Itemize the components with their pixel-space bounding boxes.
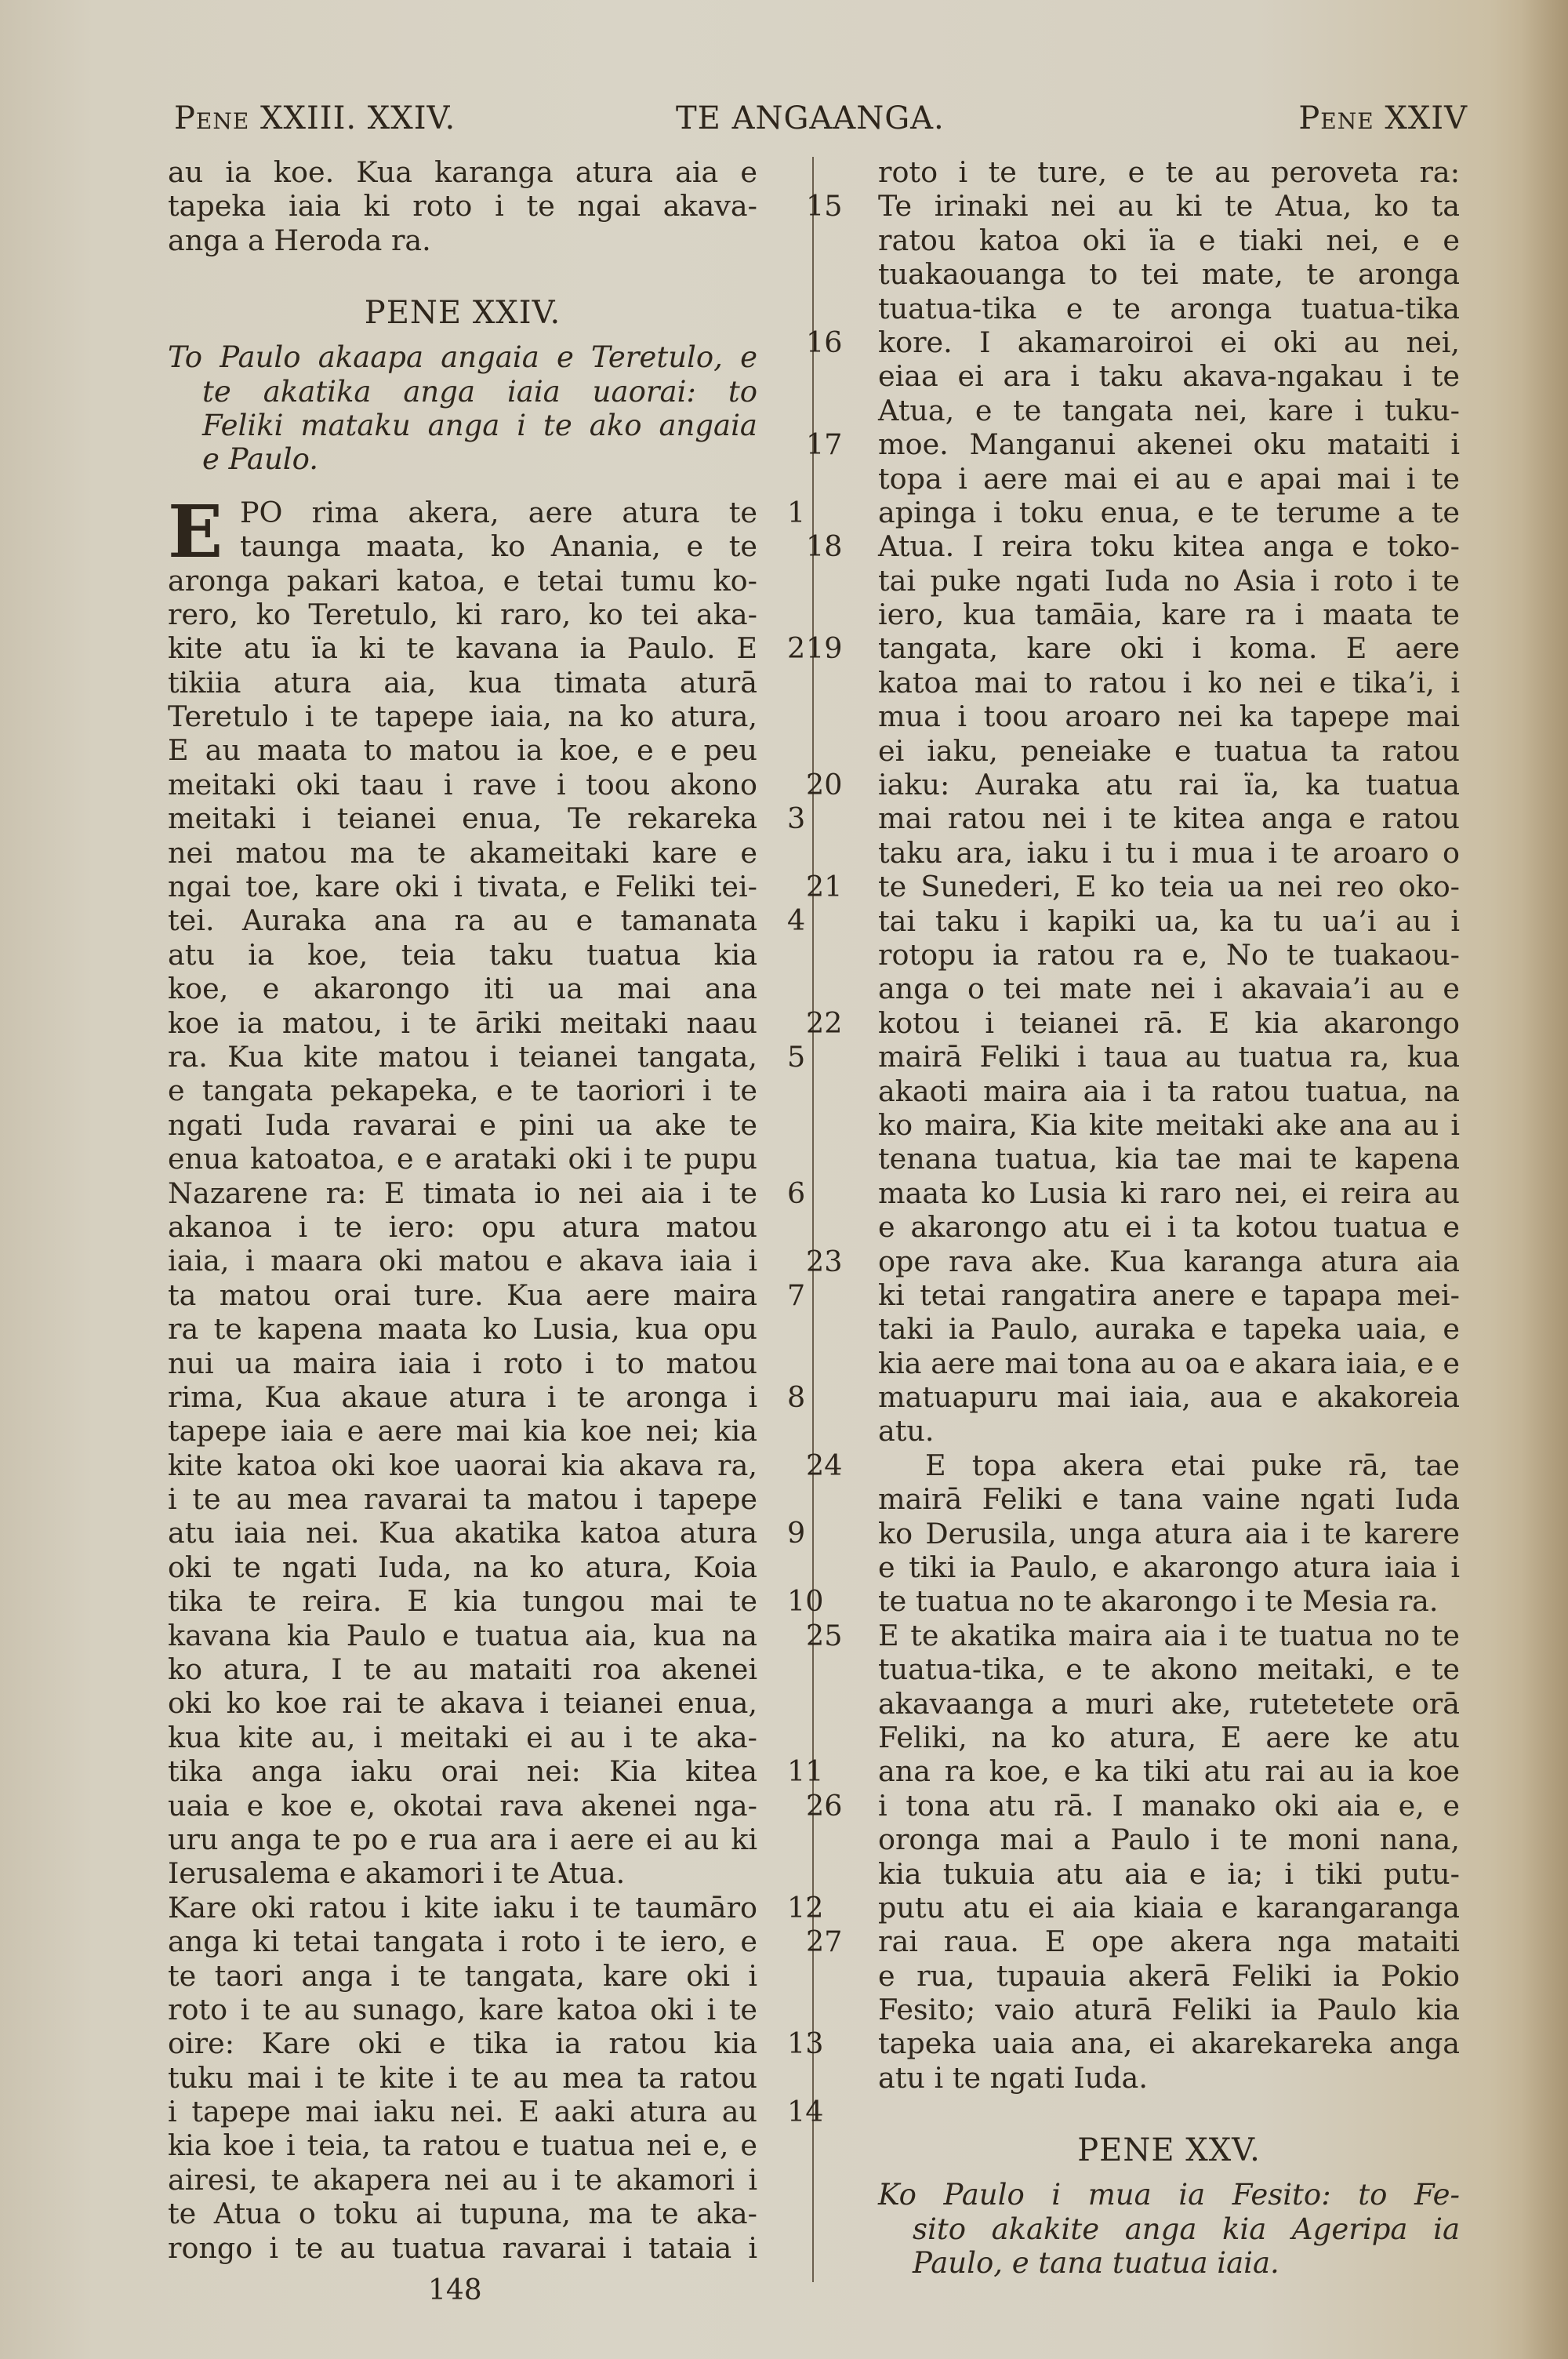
verse-number: 19 — [806, 631, 869, 665]
text-line: Te irinaki nei au ki te Atua, ko ta15 — [878, 189, 1460, 223]
line-text: i te au mea ravarai ta matou i tapepe — [168, 1482, 757, 1516]
running-head: Pene XXIII. XXIV. TE ANGAANGA. Pene XXIV — [174, 100, 1468, 147]
line-text: tapeka uaia ana, ei akarekareka anga — [878, 2026, 1460, 2060]
verse-number: 10 — [787, 1584, 823, 1618]
line-text: Te irinaki nei au ki te Atua, ko ta — [878, 189, 1460, 223]
line-text: mua i toou aroaro nei ka tapepe mai — [878, 700, 1460, 733]
line-text: uaia e koe e, okotai rava akenei nga- — [168, 1789, 757, 1823]
text-line: mairā Feliki i taua au tuatua ra, kua — [878, 1040, 1460, 1074]
text-line: te Sunederi, E ko teia ua nei reo oko-21 — [878, 870, 1460, 903]
text-line: ope rava ake. Kua karanga atura aia23 — [878, 1245, 1460, 1278]
line-text: mairā Feliki i taua au tuatua ra, kua — [878, 1040, 1460, 1074]
text-line: i te au mea ravarai ta matou i tapepe — [168, 1482, 757, 1516]
text-line: te tuatua no te akarongo i te Mesia ra. — [878, 1584, 1460, 1618]
line-text: atu. — [878, 1414, 935, 1448]
line-text: rero, ko Teretulo, ki raro, ko tei aka- — [168, 598, 757, 631]
book-page: Pene XXIII. XXIV. TE ANGAANGA. Pene XXIV… — [0, 0, 1568, 2359]
summary-line: sito akakite anga kia Ageripa ia — [878, 2212, 1460, 2246]
text-line: matuapuru mai iaia, aua e akakoreia — [878, 1380, 1460, 1414]
summary-line: e Paulo. — [168, 442, 757, 476]
verse-number: 13 — [787, 2026, 823, 2060]
line-text: ra. Kua kite matou i teianei tangata, — [168, 1040, 757, 1074]
text-line: Feliki, na ko atura, E aere ke atu — [878, 1721, 1460, 1754]
line-text: tuatua-tika e te aronga tuatua-tika — [878, 292, 1460, 325]
text-line: e tiki ia Paulo, e akarongo atura iaia i — [878, 1550, 1460, 1584]
text-line: akaoti maira aia i ta ratou tuatua, na — [878, 1074, 1460, 1108]
line-text: moe. Manganui akenei oku mataiti i — [878, 427, 1460, 461]
text-line: atu. — [878, 1414, 1460, 1448]
line-text: ngati Iuda ravarai e pini ua ake te — [168, 1108, 757, 1142]
line-text: uru anga te po e rua ara i aere ei au ki — [168, 1823, 757, 1856]
line-text: Ierusalema e akamori i te Atua. — [168, 1856, 625, 1890]
text-line: anga a Heroda ra. — [168, 224, 757, 257]
text-line: mai ratou nei i te kitea anga e ratou — [878, 801, 1460, 835]
line-text: E au maata to matou ia koe, e e peu — [168, 733, 757, 767]
text-line: oki te ngati Iuda, na ko atura, Koia — [168, 1550, 757, 1584]
text-line: akanoa i te iero: opu atura matou — [168, 1210, 757, 1244]
line-text: atu ia koe, teia taku tuatua kia — [168, 938, 757, 972]
text-line: nei matou ma te akameitaki kare e — [168, 836, 757, 870]
line-text: tai puke ngati Iuda no Asia i roto i te — [878, 564, 1460, 598]
verse-number: 14 — [787, 2095, 823, 2128]
verse-number: 3 — [787, 801, 805, 835]
line-text: taki ia Paulo, auraka e tapeka uaia, e — [878, 1312, 1460, 1346]
line-text: atu i te ngati Iuda. — [878, 2061, 1148, 2095]
text-line: au ia koe. Kua karanga atura aia e — [168, 155, 757, 189]
verse-number: 18 — [806, 529, 869, 563]
line-text: ko atura, I te au mataiti roa akenei — [168, 1652, 757, 1686]
line-text: tapepe iaia e aere mai kia koe nei; kia — [168, 1414, 757, 1448]
line-text: roto i te ture, e te au peroveta ra: — [878, 155, 1460, 189]
text-line: atu i te ngati Iuda. — [878, 2061, 1460, 2095]
verse-number: 22 — [806, 1006, 869, 1040]
text-line: i tona atu rā. I manako oki aia e, e26 — [878, 1789, 1460, 1823]
line-text: Teretulo i te tapepe iaia, na ko atura, — [168, 700, 757, 733]
right-column: roto i te ture, e te au peroveta ra:Te i… — [878, 155, 1460, 2280]
text-line: kia koe i teia, ta ratou e tuatua nei e,… — [168, 2128, 757, 2162]
verse-number: 20 — [806, 768, 869, 801]
text-line: tei. Auraka ana ra au e tamanata4 — [168, 903, 757, 937]
line-text: tapeka iaia ki roto i te ngai akava- — [168, 189, 757, 223]
line-text: e tiki ia Paulo, e akarongo atura iaia i — [878, 1550, 1460, 1584]
text-line: Kare oki ratou i kite iaku i te taumāro1… — [168, 1891, 757, 1925]
line-text: roto i te au sunago, kare katoa oki i te — [168, 1993, 757, 2026]
verse-number: 15 — [806, 189, 869, 223]
line-text: nui ua maira iaia i roto i to matou — [168, 1347, 757, 1380]
text-line: apinga i toku enua, e te terume a te — [878, 496, 1460, 529]
text-line: te taori anga i te tangata, kare oki i — [168, 1959, 757, 1993]
line-text: meitaki oki taau i rave i toou akono — [168, 768, 757, 801]
text-line: putu atu ei aia kiaia e karangaranga — [878, 1891, 1460, 1925]
text-line: roto i te ture, e te au peroveta ra: — [878, 155, 1460, 189]
verse-number: 11 — [787, 1754, 823, 1788]
spacer — [168, 477, 757, 496]
line-text: putu atu ei aia kiaia e karangaranga — [878, 1891, 1460, 1925]
text-line: E topa akera etai puke rā, tae24 — [878, 1448, 1460, 1482]
line-text: maata ko Lusia ki raro nei, ei reira au — [878, 1176, 1460, 1210]
line-text: iaia, i maara oki matou e akava iaia i — [168, 1244, 757, 1278]
running-head-right: Pene XXIV — [1298, 100, 1468, 136]
text-line: tapeka uaia ana, ei akarekareka anga — [878, 2026, 1460, 2060]
line-text: kia koe i teia, ta ratou e tuatua nei e,… — [168, 2128, 757, 2162]
line-text: kite katoa oki koe uaorai kia akava ra, — [168, 1448, 757, 1482]
line-text: rongo i te au tuatua ravarai i tataia i — [168, 2231, 757, 2265]
line-text: tikiia atura aia, kua timata aturā — [168, 666, 757, 700]
line-text: tangata, kare oki i koma. E aere — [878, 631, 1460, 665]
line-text: e akarongo atu ei i ta kotou tuatua e — [878, 1210, 1460, 1244]
text-line: kore. I akamaroiroi ei oki au nei,16 — [878, 325, 1460, 359]
line-text: mai ratou nei i te kitea anga e ratou — [878, 801, 1460, 835]
text-line: tuatua-tika, e te akono meitaki, e te — [878, 1652, 1460, 1686]
line-text: akavaanga a muri ake, rutetetete orā — [878, 1687, 1460, 1721]
text-line: meitaki i teianei enua, Te rekareka3 — [168, 801, 757, 835]
text-line: tuku mai i te kite i te au mea ta ratou — [168, 2061, 757, 2095]
verse-number: 8 — [787, 1380, 805, 1414]
text-line: taunga maata, ko Anania, e te — [168, 529, 757, 563]
summary-line: To Paulo akaapa angaia e Teretulo, e — [168, 340, 757, 374]
line-text: atu iaia nei. Kua akatika katoa atura — [168, 1516, 757, 1550]
text-line: tai puke ngati Iuda no Asia i roto i te — [878, 564, 1460, 598]
line-text: rotopu ia ratou ra e, No te tuakaou- — [878, 938, 1460, 972]
line-text: tuakaouanga to tei mate, te aronga — [878, 257, 1460, 291]
text-line: e akarongo atu ei i ta kotou tuatua e — [878, 1210, 1460, 1244]
line-text: akaoti maira aia i ta ratou tuatua, na — [878, 1074, 1460, 1108]
line-text: kotou i teianei rā. E kia akarongo — [878, 1006, 1460, 1040]
chapter-heading: PENE XXV. — [878, 2123, 1460, 2178]
line-text: rima, Kua akaue atura i te aronga i — [168, 1380, 757, 1414]
line-text: E te akatika maira aia i te tuatua no te — [878, 1619, 1460, 1652]
text-line: eiaa ei ara i taku akava-ngakau i te — [878, 359, 1460, 393]
line-text: eiaa ei ara i taku akava-ngakau i te — [878, 359, 1460, 393]
text-line: tika anga iaku orai nei: Kia kitea11 — [168, 1754, 757, 1788]
summary-line: Ko Paulo i mua ia Fesito: to Fe- — [878, 2178, 1460, 2212]
line-text: kite atu ïa ki te kavana ia Paulo. E — [168, 631, 757, 665]
line-text: Atua, e te tangata nei, kare i tuku- — [878, 394, 1460, 427]
line-text: nei matou ma te akameitaki kare e — [168, 836, 757, 870]
line-text: anga a Heroda ra. — [168, 224, 431, 257]
text-line: ei iaku, peneiake e tuatua ta ratou — [878, 734, 1460, 768]
line-text: oire: Kare oki e tika ia ratou kia — [168, 2026, 757, 2060]
verse-number: 24 — [806, 1448, 869, 1482]
line-text: Nazarene ra: E timata io nei aia i te — [168, 1176, 757, 1210]
page-number: 148 — [428, 2274, 482, 2306]
text-line: rero, ko Teretulo, ki raro, ko tei aka- — [168, 598, 757, 631]
line-text: Feliki, na ko atura, E aere ke atu — [878, 1721, 1460, 1754]
text-line: Teretulo i te tapepe iaia, na ko atura, — [168, 700, 757, 733]
text-line: ko Derusila, unga atura aia i te karere — [878, 1517, 1460, 1550]
text-line: Nazarene ra: E timata io nei aia i te6 — [168, 1176, 757, 1210]
text-line: airesi, te akapera nei au i te akamori i — [168, 2163, 757, 2197]
line-text: i tona atu rā. I manako oki aia e, e — [878, 1789, 1460, 1823]
text-line: tuakaouanga to tei mate, te aronga — [878, 257, 1460, 291]
text-line: kua kite au, i meitaki ei au i te aka- — [168, 1721, 757, 1754]
line-text: iero, kua tamāia, kare ra i maata te — [878, 598, 1460, 631]
text-line: rai raua. E ope akera nga mataiti27 — [878, 1925, 1460, 1958]
text-line: iaku: Auraka atu rai ïa, ka tuatua20 — [878, 768, 1460, 801]
text-line: topa i aere mai ei au e apai mai i te — [878, 462, 1460, 496]
line-text: koe ia matou, i te āriki meitaki naau — [168, 1006, 757, 1040]
text-line: Atua, e te tangata nei, kare i tuku- — [878, 394, 1460, 427]
text-line: atu iaia nei. Kua akatika katoa atura9 — [168, 1516, 757, 1550]
line-text: Fesito; vaio aturā Feliki ia Paulo kia — [878, 1993, 1460, 2026]
line-text: e rua, tupauia akerā Feliki ia Pokio — [878, 1959, 1460, 1993]
running-head-title: TE ANGAANGA. — [676, 100, 945, 136]
line-text: E topa akera etai puke rā, tae — [925, 1448, 1460, 1482]
text-line: kia tukuia atu aia e ia; i tiki putu- — [878, 1857, 1460, 1891]
text-line: ta matou orai ture. Kua aere maira7 — [168, 1278, 757, 1312]
line-text: e tangata pekapeka, e te taoriori i te — [168, 1074, 757, 1107]
line-text: ko Derusila, unga atura aia i te karere — [878, 1517, 1460, 1550]
line-text: ei iaku, peneiake e tuatua ta ratou — [878, 734, 1460, 768]
text-line: akavaanga a muri ake, rutetetete orā — [878, 1687, 1460, 1721]
text-line: i tapepe mai iaku nei. E aaki atura au14 — [168, 2095, 757, 2128]
text-line: enua katoatoa, e e arataki oki i te pupu — [168, 1142, 757, 1176]
text-line: koe, e akarongo iti ua mai ana — [168, 972, 757, 1005]
line-text: ki tetai rangatira anere e tapapa mei- — [878, 1278, 1460, 1312]
text-line: nui ua maira iaia i roto i to matou — [168, 1347, 757, 1380]
line-text: akanoa i te iero: opu atura matou — [168, 1210, 757, 1244]
text-line: ra. Kua kite matou i teianei tangata,5 — [168, 1040, 757, 1074]
line-text: ratou katoa oki ïa e tiaki nei, e e — [878, 224, 1460, 257]
line-text: apinga i toku enua, e te terume a te — [878, 496, 1460, 529]
text-line: ngai toe, kare oki i tivata, e Feliki te… — [168, 870, 757, 903]
left-column: au ia koe. Kua karanga atura aia etapeka… — [168, 155, 757, 2265]
text-line: te Atua o toku ai tupuna, ma te aka- — [168, 2197, 757, 2230]
line-text: iaku: Auraka atu rai ïa, ka tuatua — [878, 768, 1460, 801]
line-text: kavana kia Paulo e tuatua aia, kua na — [168, 1619, 757, 1652]
text-line: koe ia matou, i te āriki meitaki naau — [168, 1006, 757, 1040]
verse-number: 27 — [806, 1925, 869, 1958]
line-text: aronga pakari katoa, e tetai tumu ko- — [168, 564, 757, 598]
line-text: oronga mai a Paulo i te moni nana, — [878, 1823, 1460, 1856]
text-line: anga o tei mate nei i akavaia’i au e — [878, 972, 1460, 1005]
text-line: ko atura, I te au mataiti roa akenei — [168, 1652, 757, 1686]
verse-number: 16 — [806, 325, 869, 359]
text-line: Atua. I reira toku kitea anga e toko-18 — [878, 529, 1460, 563]
line-text: i tapepe mai iaku nei. E aaki atura au — [168, 2095, 757, 2128]
verse-number: 21 — [806, 870, 869, 903]
summary-line: Feliki mataku anga i te ako angaia — [168, 409, 757, 442]
text-line: ra te kapena maata ko Lusia, kua opu — [168, 1312, 757, 1346]
text-line: tenana tuatua, kia tae mai te kapena — [878, 1142, 1460, 1176]
text-line: anga ki tetai tangata i roto i te iero, … — [168, 1925, 757, 1958]
text-line: tai taku i kapiki ua, ka tu ua’i au i — [878, 904, 1460, 938]
text-line: roto i te au sunago, kare katoa oki i te — [168, 1993, 757, 2026]
line-text: taku ara, iaku i tu i mua i te aroaro o — [878, 836, 1460, 870]
line-text: tuatua-tika, e te akono meitaki, e te — [878, 1652, 1460, 1686]
verse-number: 25 — [806, 1619, 869, 1652]
text-line: ki tetai rangatira anere e tapapa mei- — [878, 1278, 1460, 1312]
text-line: ana ra koe, e ka tiki atu rai au ia koe — [878, 1754, 1460, 1788]
verse-number: 26 — [806, 1789, 869, 1823]
text-line: moe. Manganui akenei oku mataiti i17 — [878, 427, 1460, 461]
line-text: tika anga iaku orai nei: Kia kitea — [168, 1754, 757, 1788]
text-line: kotou i teianei rā. E kia akarongo22 — [878, 1006, 1460, 1040]
line-text: tai taku i kapiki ua, ka tu ua’i au i — [878, 904, 1460, 938]
verse-number: 17 — [806, 427, 869, 461]
text-line: oki ko koe rai te akava i teianei enua, — [168, 1686, 757, 1720]
line-text: tei. Auraka ana ra au e tamanata — [168, 903, 757, 937]
column-divider — [812, 157, 814, 2282]
line-text: tuku mai i te kite i te au mea ta ratou — [168, 2061, 757, 2095]
text-line: oronga mai a Paulo i te moni nana, — [878, 1823, 1460, 1856]
line-text: topa i aere mai ei au e apai mai i te — [878, 462, 1460, 496]
text-line: tapepe iaia e aere mai kia koe nei; kia — [168, 1414, 757, 1448]
line-text: te tuatua no te akarongo i te Mesia ra. — [878, 1584, 1439, 1618]
line-text: Kare oki ratou i kite iaku i te taumāro — [168, 1891, 757, 1925]
page-edge-shadow — [1521, 0, 1568, 2359]
text-line: ngati Iuda ravarai e pini ua ake te — [168, 1108, 757, 1142]
line-text: PO rima akera, aere atura te — [240, 496, 757, 529]
line-text: te Atua o toku ai tupuna, ma te aka- — [168, 2197, 757, 2230]
verse-number: 23 — [806, 1245, 869, 1278]
text-line: katoa mai to ratou i ko nei e tika’i, i — [878, 666, 1460, 700]
line-text: kua kite au, i meitaki ei au i te aka- — [168, 1721, 757, 1754]
verse-number: 12 — [787, 1891, 823, 1925]
line-text: anga o tei mate nei i akavaia’i au e — [878, 972, 1460, 1005]
line-text: kore. I akamaroiroi ei oki au nei, — [878, 325, 1460, 359]
text-line: tuatua-tika e te aronga tuatua-tika — [878, 292, 1460, 325]
line-text: oki ko koe rai te akava i teianei enua, — [168, 1686, 757, 1720]
text-line: ratou katoa oki ïa e tiaki nei, e e — [878, 224, 1460, 257]
line-text: mairā Feliki e tana vaine ngati Iuda — [878, 1482, 1460, 1516]
line-text: rai raua. E ope akera nga mataiti — [878, 1925, 1460, 1958]
spacer — [168, 257, 757, 276]
line-text: ko maira, Kia kite meitaki ake ana au i — [878, 1108, 1460, 1142]
text-line: kite atu ïa ki te kavana ia Paulo. E2 — [168, 631, 757, 665]
text-line: e rua, tupauia akerā Feliki ia Pokio — [878, 1959, 1460, 1993]
chapter-summary: To Paulo akaapa angaia e Teretulo, ete a… — [168, 340, 757, 477]
text-line: uaia e koe e, okotai rava akenei nga- — [168, 1789, 757, 1823]
line-text: kia tukuia atu aia e ia; i tiki putu- — [878, 1857, 1460, 1891]
verse-number: 2 — [787, 631, 805, 665]
text-line: mua i toou aroaro nei ka tapepe mai — [878, 700, 1460, 733]
text-line: ko maira, Kia kite meitaki ake ana au i — [878, 1108, 1460, 1142]
text-line: iaia, i maara oki matou e akava iaia i — [168, 1244, 757, 1278]
verse-number: 1 — [787, 496, 805, 529]
text-line: E te akatika maira aia i te tuatua no te… — [878, 1619, 1460, 1652]
text-line: e tangata pekapeka, e te taoriori i te — [168, 1074, 757, 1107]
line-text: ngai toe, kare oki i tivata, e Feliki te… — [168, 870, 757, 903]
text-line: Ierusalema e akamori i te Atua. — [168, 1856, 757, 1890]
text-line: kia aere mai tona au oa e akara iaia, e … — [878, 1347, 1460, 1380]
line-text: tika te reira. E kia tungou mai te — [168, 1584, 757, 1618]
text-line: oire: Kare oki e tika ia ratou kia13 — [168, 2026, 757, 2060]
text-line: tangata, kare oki i koma. E aere19 — [878, 631, 1460, 665]
line-text: ope rava ake. Kua karanga atura aia — [878, 1245, 1460, 1278]
text-line: maata ko Lusia ki raro nei, ei reira au — [878, 1176, 1460, 1210]
spacer — [878, 2095, 1460, 2114]
summary-line: Paulo, e tana tuatua iaia. — [878, 2246, 1460, 2280]
text-line: kavana kia Paulo e tuatua aia, kua na — [168, 1619, 757, 1652]
text-line: mairā Feliki e tana vaine ngati Iuda — [878, 1482, 1460, 1516]
text-line: taku ara, iaku i tu i mua i te aroaro o — [878, 836, 1460, 870]
line-text: anga ki tetai tangata i roto i te iero, … — [168, 1925, 757, 1958]
chapter-summary: Ko Paulo i mua ia Fesito: to Fe-sito aka… — [878, 2178, 1460, 2280]
text-line: uru anga te po e rua ara i aere ei au ki — [168, 1823, 757, 1856]
line-text: oki te ngati Iuda, na ko atura, Koia — [168, 1550, 757, 1584]
text-line: tapeka iaia ki roto i te ngai akava- — [168, 189, 757, 223]
text-line: tikiia atura aia, kua timata aturā — [168, 666, 757, 700]
text-line: taki ia Paulo, auraka e tapeka uaia, e — [878, 1312, 1460, 1346]
line-text: matuapuru mai iaia, aua e akakoreia — [878, 1380, 1460, 1414]
text-line: rima, Kua akaue atura i te aronga i8 — [168, 1380, 757, 1414]
summary-line: te akatika anga iaia uaorai: to — [168, 375, 757, 409]
text-line: atu ia koe, teia taku tuatua kia — [168, 938, 757, 972]
text-line: aronga pakari katoa, e tetai tumu ko- — [168, 564, 757, 598]
verse-number: 5 — [787, 1040, 805, 1074]
line-text: katoa mai to ratou i ko nei e tika’i, i — [878, 666, 1460, 700]
line-text: airesi, te akapera nei au i te akamori i — [168, 2163, 757, 2197]
text-line: tika te reira. E kia tungou mai te10 — [168, 1584, 757, 1618]
running-head-left: Pene XXIII. XXIV. — [174, 100, 456, 136]
text-line: PO rima akera, aere atura te1E — [168, 496, 757, 529]
text-line: rotopu ia ratou ra e, No te tuakaou- — [878, 938, 1460, 972]
line-text: koe, e akarongo iti ua mai ana — [168, 972, 757, 1005]
line-text: au ia koe. Kua karanga atura aia e — [168, 155, 757, 189]
verse-number: 4 — [787, 903, 805, 937]
text-line: meitaki oki taau i rave i toou akono — [168, 768, 757, 801]
chapter-heading: PENE XXIV. — [168, 285, 757, 340]
line-text: Atua. I reira toku kitea anga e toko- — [878, 529, 1460, 563]
text-line: iero, kua tamāia, kare ra i maata te — [878, 598, 1460, 631]
text-line: E au maata to matou ia koe, e e peu — [168, 733, 757, 767]
line-text: te taori anga i te tangata, kare oki i — [168, 1959, 757, 1993]
line-text: te Sunederi, E ko teia ua nei reo oko- — [878, 870, 1460, 903]
verse-number: 6 — [787, 1176, 805, 1210]
line-text: enua katoatoa, e e arataki oki i te pupu — [168, 1142, 757, 1176]
text-line: rongo i te au tuatua ravarai i tataia i — [168, 2231, 757, 2265]
verse-number: 7 — [787, 1278, 805, 1312]
line-text: ta matou orai ture. Kua aere maira — [168, 1278, 757, 1312]
text-line: kite katoa oki koe uaorai kia akava ra, — [168, 1448, 757, 1482]
line-text: taunga maata, ko Anania, e te — [240, 529, 757, 563]
line-text: kia aere mai tona au oa e akara iaia, e … — [878, 1347, 1460, 1380]
line-text: ana ra koe, e ka tiki atu rai au ia koe — [878, 1754, 1460, 1788]
line-text: ra te kapena maata ko Lusia, kua opu — [168, 1312, 757, 1346]
line-text: tenana tuatua, kia tae mai te kapena — [878, 1142, 1460, 1176]
text-line: Fesito; vaio aturā Feliki ia Paulo kia — [878, 1993, 1460, 2026]
verse-number: 9 — [787, 1516, 805, 1550]
line-text: meitaki i teianei enua, Te rekareka — [168, 801, 757, 835]
